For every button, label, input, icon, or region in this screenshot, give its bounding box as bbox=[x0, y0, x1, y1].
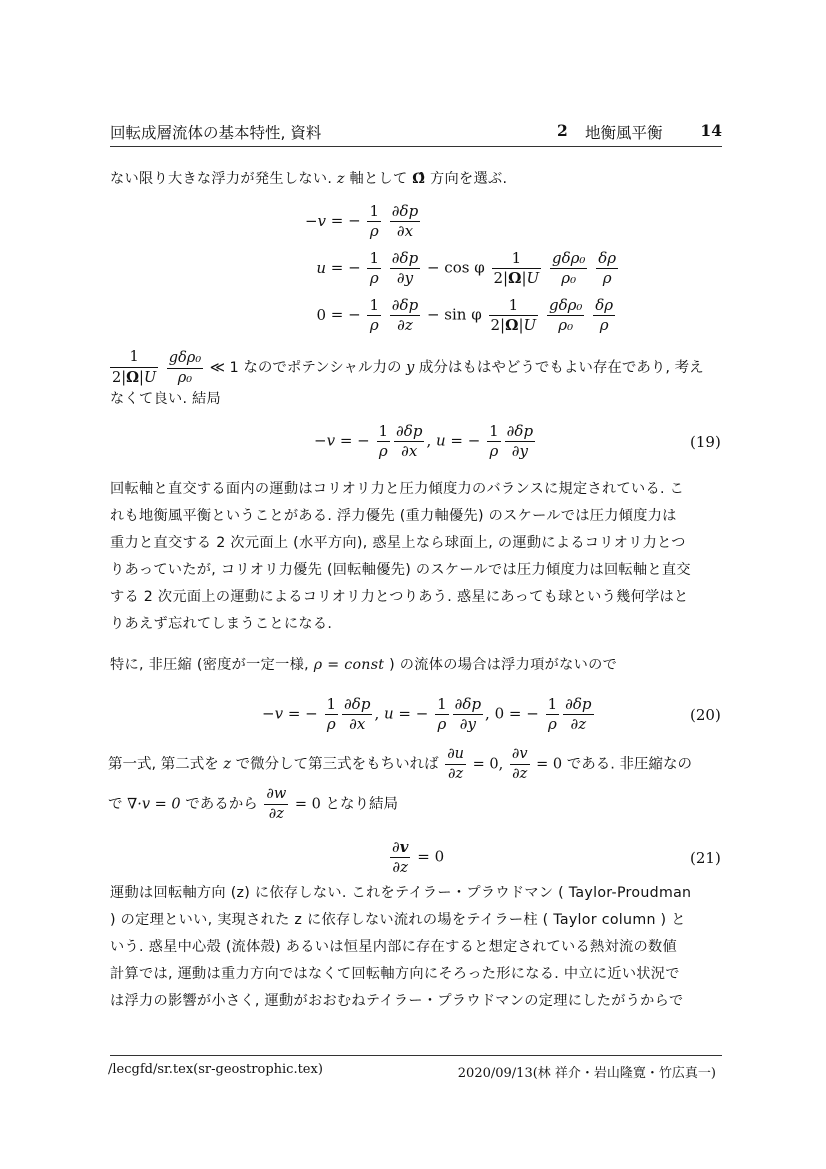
header-rule bbox=[110, 146, 722, 147]
equation-row-1: −v = − 1ρ ∂δp∂x bbox=[284, 202, 422, 241]
equation-21: ∂v∂z = 0 bbox=[388, 838, 444, 877]
section-title: 地衡風平衡 bbox=[585, 121, 663, 143]
running-header: 回転成層流体の基本特性, 資料 2 地衡風平衡 14 bbox=[110, 121, 722, 145]
equation-19: −v = − 1ρ∂δp∂x, u = − 1ρ∂δp∂y bbox=[314, 422, 537, 461]
equation-number-21: (21) bbox=[690, 849, 721, 867]
equation-row-3: 0 = − 1ρ ∂δp∂z − sin φ 12|Ω|U gδρ₀ρ₀ δρρ bbox=[284, 296, 617, 335]
paragraph-geostrophic: 回転軸と直交する面内の運動はコリオリ力と圧力傾度力のバランスに規定されている. … bbox=[110, 476, 722, 638]
equation-number-20: (20) bbox=[690, 706, 721, 724]
header-title: 回転成層流体の基本特性, 資料 bbox=[110, 121, 321, 143]
page-number: 14 bbox=[700, 121, 722, 140]
section-number: 2 bbox=[557, 121, 568, 140]
paragraph-taylor-proudman: 運動は回転軸方向 (z) に依存しない. これをテイラー・プラウドマン ( Ta… bbox=[110, 880, 722, 1015]
footer-source-path: /lecgfd/sr.tex(sr-geostrophic.tex) bbox=[108, 1062, 323, 1077]
equation-number-19: (19) bbox=[690, 433, 721, 451]
paragraph-derivative: 第一式, 第二式を z で微分して第三式をもちいれば ∂u∂z = 0, ∂v∂… bbox=[108, 745, 692, 784]
paragraph-ratio: 12|Ω|U gδρ₀ρ₀ ≪ 1 なのでポテンシャル力の y 成分はもはやどう… bbox=[108, 348, 704, 388]
paragraph-derivative-cont: で ∇·v = 0 であるから ∂w∂z = 0 となり結局 bbox=[108, 785, 398, 824]
footer-rule bbox=[110, 1055, 722, 1056]
paragraph-incompressible: 特に, 非圧縮 (密度が一定一様, ρ = const ) の流体の場合は浮力項… bbox=[110, 652, 722, 679]
paragraph-ratio-cont: なくて良い. 結局 bbox=[110, 386, 722, 413]
equation-20: −v = − 1ρ∂δp∂x, u = − 1ρ∂δp∂y, 0 = − 1ρ∂… bbox=[262, 695, 596, 734]
document-page: 回転成層流体の基本特性, 資料 2 地衡風平衡 14 ない限り大きな浮力が発生し… bbox=[0, 0, 826, 1169]
paragraph-intro: ない限り大きな浮力が発生しない. z 軸として Ω̂ 方向を選ぶ. bbox=[110, 166, 722, 193]
equation-row-2: u = − 1ρ ∂δp∂y − cos φ 12|Ω|U gδρ₀ρ₀ δρρ bbox=[284, 249, 620, 288]
footer-date-authors: 2020/09/13(林 祥介・岩山隆寛・竹広真一) bbox=[458, 1062, 716, 1081]
